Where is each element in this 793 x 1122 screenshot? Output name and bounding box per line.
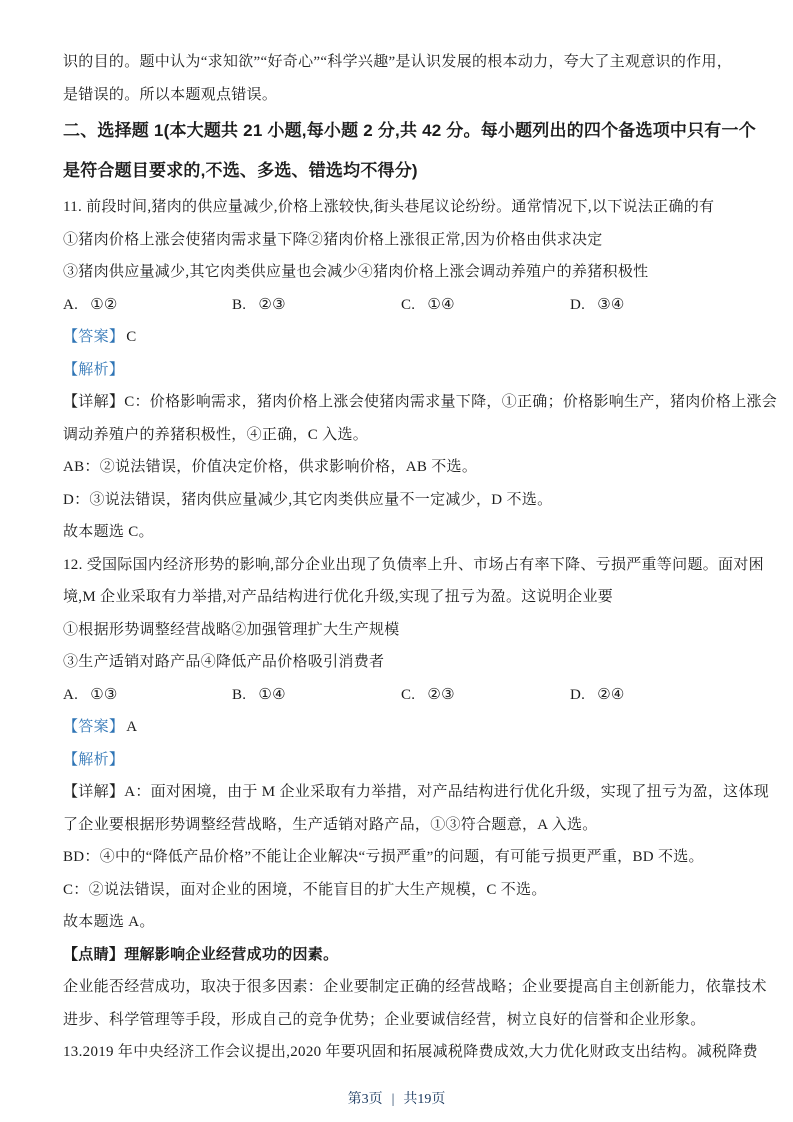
q12-tip-body-line-1: 企业能否经营成功，取决于很多因素：企业要制定正确的经营战略；企业要提高自主创新能… [63,971,731,1004]
q12-answer-value: A [126,719,137,735]
q12-option-c: C. ②③ [401,679,570,712]
option-value: ①② [90,289,118,322]
document-page: 识的目的。题中认为“求知欲”“好奇心”“科学兴趣”是认识发展的根本动力，夸大了主… [0,0,793,1122]
q12-option-d: D. ②④ [570,679,731,712]
q11-detail-line-1: 【详解】C：价格影响需求，猪肉价格上涨会使猪肉需求量下降，①正确；价格影响生产，… [63,386,731,419]
q11-option-c: C. ①④ [401,289,570,322]
option-value: ①④ [427,289,455,322]
option-letter: A. [63,289,78,322]
section-heading-line-2: 是符合题目要求的,不选、多选、错选均不得分) [63,151,731,191]
option-letter: C. [401,289,415,322]
q11-options-row: A. ①② B. ②③ C. ①④ D. ③④ [63,289,731,322]
q11-answer-line: 【答案】C [63,321,731,354]
option-value: ②③ [258,289,286,322]
q12-stem-line-1: 12. 受国际国内经济形势的影响,部分企业出现了负债率上升、市场占有率下降、亏损… [63,549,731,582]
intro-line-1: 识的目的。题中认为“求知欲”“好奇心”“科学兴趣”是认识发展的根本动力，夸大了主… [63,46,731,79]
q12-answer-line: 【答案】A [63,711,731,744]
analysis-label: 【解析】 [63,752,124,768]
q12-detail-line-4: C：②说法错误，面对企业的困境，不能盲目的扩大生产规模，C 不选。 [63,874,731,907]
q11-option-a: A. ①② [63,289,232,322]
q12-analysis-line: 【解析】 [63,744,731,777]
option-value: ②③ [427,679,455,712]
footer-separator: | [392,1092,395,1107]
q11-answer-value: C [126,329,136,345]
option-value: ①④ [258,679,286,712]
q11-stem-line-1: 11. 前段时间,猪肉的供应量减少,价格上涨较快,街头巷尾议论纷纷。通常情况下,… [63,191,731,224]
q12-detail-line-3: BD：④中的“降低产品价格”不能让企业解决“亏损严重”的问题，有可能亏损更严重，… [63,841,731,874]
option-letter: D. [570,679,585,712]
q12-tip-line: 【点睛】理解影响企业经营成功的因素。 [63,939,731,972]
q12-option-a: A. ①③ [63,679,232,712]
answer-label: 【答案】 [63,719,124,735]
option-value: ②④ [597,679,625,712]
q11-conclusion-line: 故本题选 C。 [63,516,731,549]
q11-analysis-line: 【解析】 [63,354,731,387]
option-letter: A. [63,679,78,712]
footer-total-pages: 共19页 [403,1092,445,1107]
q12-stem-line-4: ③生产适销对路产品④降低产品价格吸引消费者 [63,646,731,679]
q11-detail-line-2: 调动养殖户的养猪积极性，④正确，C 入选。 [63,419,731,452]
q13-stem-line-1: 13.2019 年中央经济工作会议提出,2020 年要巩固和拓展减税降费成效,大… [63,1036,731,1069]
analysis-label: 【解析】 [63,362,124,378]
q12-detail-line-2: 了企业要根据形势调整经营战略，生产适销对路产品，①③符合题意，A 入选。 [63,809,731,842]
option-value: ①③ [90,679,118,712]
option-value: ③④ [597,289,625,322]
option-letter: D. [570,289,585,322]
q12-stem-line-2: 境,M 企业采取有力举措,对产品结构进行优化升级,实现了扭亏为盈。这说明企业要 [63,581,731,614]
option-letter: C. [401,679,415,712]
option-letter: B. [232,289,246,322]
q11-stem-line-2: ①猪肉价格上涨会使猪肉需求量下降②猪肉价格上涨很正常,因为价格由供求决定 [63,224,731,257]
q11-detail-line-4: D：③说法错误，猪肉供应量减少,其它肉类供应量不一定减少，D 不选。 [63,484,731,517]
q12-stem-line-3: ①根据形势调整经营战略②加强管理扩大生产规模 [63,614,731,647]
footer-page-number: 第3页 [348,1092,383,1107]
intro-line-2: 是错误的。所以本题观点错误。 [63,79,731,112]
section-heading-line-1: 二、选择题 1(本大题共 21 小题,每小题 2 分,共 42 分。每小题列出的… [63,111,731,151]
q12-conclusion-line: 故本题选 A。 [63,906,731,939]
q12-detail-line-1: 【详解】A：面对困境，由于 M 企业采取有力举措，对产品结构进行优化升级，实现了… [63,776,731,809]
q11-detail-line-3: AB：②说法错误，价值决定价格，供求影响价格，AB 不选。 [63,451,731,484]
q12-tip-body-line-2: 进步、科学管理等手段，形成自己的竞争优势；企业要诚信经营，树立良好的信誉和企业形… [63,1004,731,1037]
answer-label: 【答案】 [63,329,124,345]
q11-stem-line-3: ③猪肉供应量减少,其它肉类供应量也会减少④猪肉价格上涨会调动养殖户的养猪积极性 [63,256,731,289]
q12-option-b: B. ①④ [232,679,401,712]
option-letter: B. [232,679,246,712]
page-footer: 第3页|共19页 [0,1088,793,1108]
q11-option-b: B. ②③ [232,289,401,322]
q11-option-d: D. ③④ [570,289,731,322]
q12-options-row: A. ①③ B. ①④ C. ②③ D. ②④ [63,679,731,712]
